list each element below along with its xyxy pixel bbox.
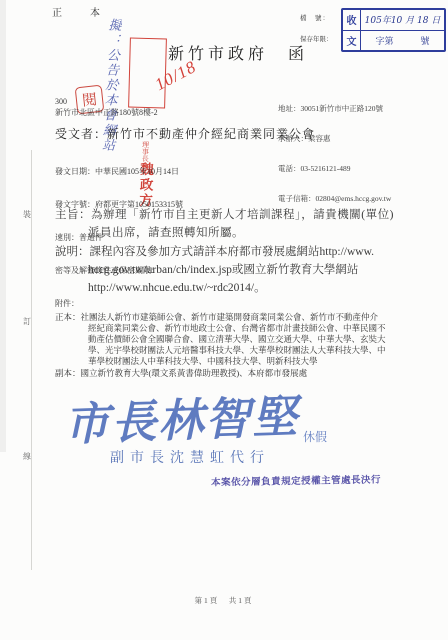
description-line-2: hccg.gov.tw/urban/ch/index.jsp或國立新竹教育大學網… <box>88 261 358 277</box>
binding-mark-xian: 線 <box>23 450 31 463</box>
subject-line-2: 派員出席，請查照轉知所屬。 <box>88 224 244 240</box>
receipt-stamp-receive-char: 收 <box>343 10 361 30</box>
file-number-label: 檔 號： <box>300 13 330 22</box>
document-page: 正 本 擬：公告於本會網站 閱 理事長魏政方 10/18 新竹市政府 函 檔 號… <box>0 0 448 640</box>
attachment: 附件： <box>55 298 183 309</box>
carbon-copy-line: 副本：國立新竹教育大學(環文系黃書偉助理教授)、本府都市發展處 <box>55 367 307 379</box>
original-copies-line-5: 華學校財團法人中華科技大學、中國科技大學、明新科技大學 <box>88 356 318 367</box>
receipt-stamp: 收 105年10 月 18 日 文 字第 號 <box>341 8 446 52</box>
recipient-postal-code: 300 <box>55 97 67 106</box>
scan-edge-shadow <box>0 0 6 452</box>
agency-contact-block: 地址：30051新竹市中正路120號 承辦人：梁容惠 電話：03-5216121… <box>278 84 391 224</box>
agency-phone: 電話：03-5216121-489 <box>278 164 391 174</box>
copy-type-label: 正 本 <box>52 4 109 19</box>
binding-mark-zhuang: 裝 <box>23 208 31 221</box>
original-copies-line-4: 學、光宇學校財團法人元培醫事科技大學、大華學校財團法人大華科技大學、中 <box>88 345 386 356</box>
issue-date: 發文日期：中華民國105年10月14日 <box>55 166 183 177</box>
delegation-authority-stamp: 本案依分層負責規定授權主管處長決行 <box>211 472 381 489</box>
original-copies-line-1: 正本：社團法人新竹市建築師公會、新竹市建築開發商業同業公會、新竹市不動產仲介 <box>55 312 378 323</box>
page-number-footer: 第1頁 共1頁 <box>0 595 448 606</box>
recipient-street-address: 新竹市北區中正路180號8樓-2 <box>55 107 158 118</box>
recipient-line: 受文者：新竹市不動產仲介經紀商業同業公會 <box>55 125 315 142</box>
binding-margin-line <box>31 150 32 570</box>
subject-line-1: 主旨：為辦理「新竹市自主更新人才培訓課程」，請貴機關(單位) <box>55 206 394 222</box>
original-copies-line-3: 動產估價師公會全國聯合會、國立清華大學、國立交通大學、中華大學、玄奘大 <box>88 334 386 345</box>
receipt-stamp-date: 105年10 月 18 日 <box>361 13 444 26</box>
receipt-stamp-number-line: 字第 號 <box>361 34 444 47</box>
description-line-3: http://www.nhcue.edu.tw/~rdc2014/。 <box>88 279 266 295</box>
original-copies-line-2: 經紀商業同業公會、新竹市地政士公會、台灣省都市計畫技師公會、中華民國不 <box>88 323 386 334</box>
receipt-stamp-doc-char: 文 <box>343 31 361 51</box>
mayor-signature-stamp: 市長林智堅 <box>63 380 300 453</box>
document-title: 新竹市政府 函 <box>168 41 308 64</box>
deputy-mayor-acting-line: 副市長沈慧虹代行 <box>110 447 270 467</box>
binding-mark-ding: 訂 <box>23 315 31 328</box>
retention-period-label: 保存年限： <box>300 34 333 43</box>
on-leave-note: 休假 <box>303 428 327 445</box>
description-line-1: 說明：課程內容及參加方式請詳本府都市發展處網站http://www. <box>55 243 374 259</box>
agency-address: 地址：30051新竹市中正路120號 <box>278 104 391 114</box>
agency-email: 電子信箱：02804@ems.hccg.gov.tw <box>278 194 391 204</box>
